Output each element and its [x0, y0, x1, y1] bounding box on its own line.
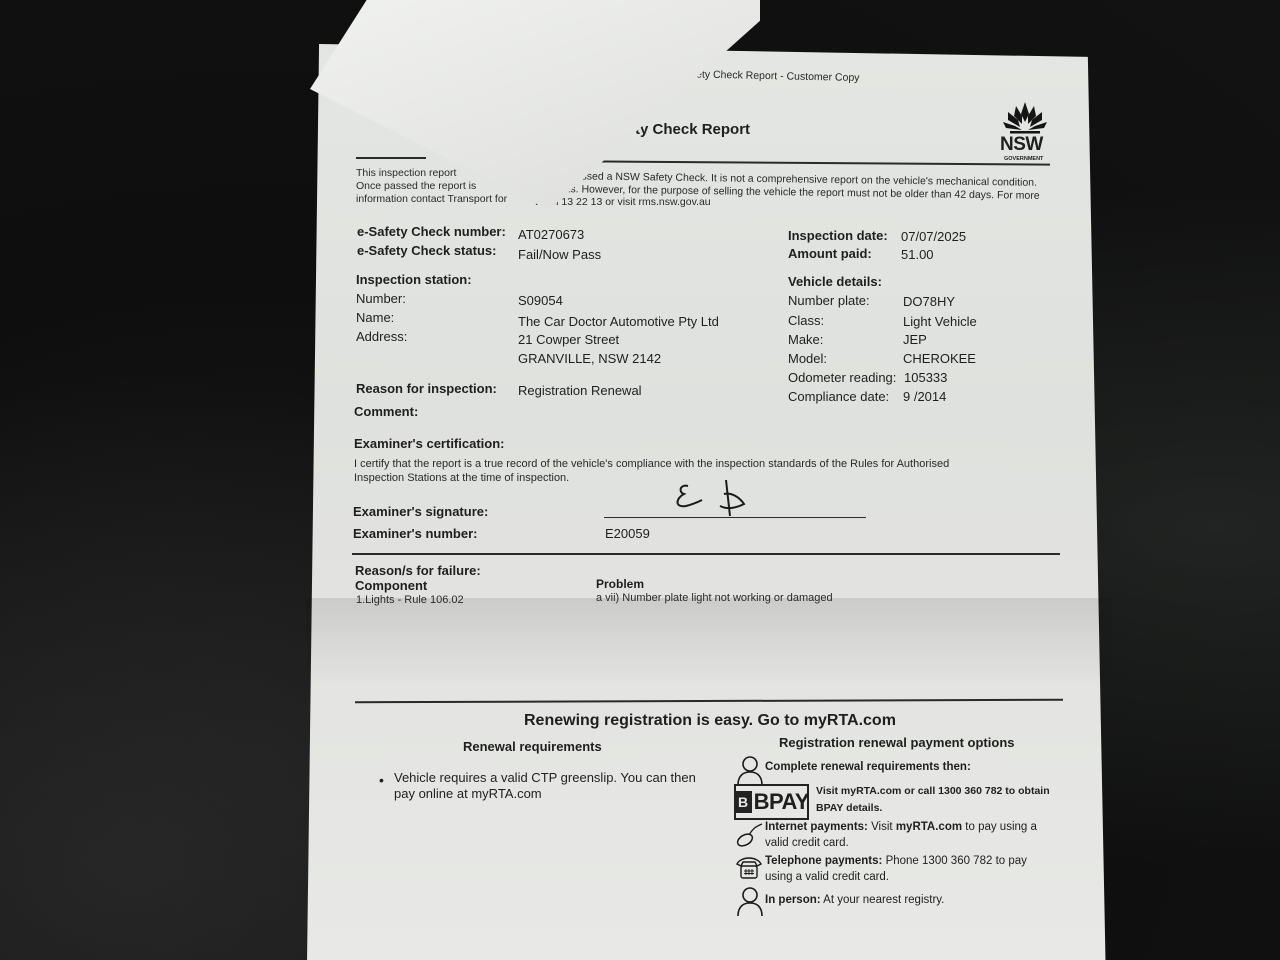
plate-value: DO78HY: [903, 294, 955, 309]
reason-value: Registration Renewal: [518, 383, 642, 398]
signature-line: [604, 517, 866, 518]
certification-text-2: Inspection Stations at the time of inspe…: [354, 472, 569, 484]
bpay-line2: BPAY details.: [816, 802, 882, 814]
internet-payment-line2: valid credit card.: [765, 837, 849, 849]
odometer-value: 105333: [904, 370, 947, 385]
station-address-line1: 21 Cowper Street: [518, 332, 619, 347]
check-number-value: AT0270673: [518, 227, 584, 242]
check-status-label: e-Safety Check status:: [357, 243, 496, 258]
renewal-banner: Renewing registration is easy. Go to myR…: [524, 712, 896, 730]
in-person-label: In person:: [765, 894, 821, 906]
plate-label: Number plate:: [788, 293, 870, 308]
in-person-icon: [736, 886, 764, 916]
certification-text-1: I certify that the report is a true reco…: [354, 458, 949, 470]
station-number-label: Number:: [356, 291, 406, 306]
header-rule-left: [356, 157, 426, 159]
requirement-line2: pay online at myRTA.com: [394, 786, 542, 801]
payment-heading: Registration renewal payment options: [779, 735, 1015, 750]
station-address-label: Address:: [356, 329, 407, 344]
internet-label: Internet payments:: [765, 821, 868, 833]
reason-label: Reason for inspection:: [356, 381, 497, 396]
internet-payment-line1: Internet payments: Visit myRTA.com to pa…: [765, 821, 1037, 833]
in-person-text: At your nearest registry.: [823, 894, 944, 906]
failure-component: 1.Lights - Rule 106.02: [356, 594, 464, 606]
bpay-logo-text: BPAY: [754, 789, 809, 815]
in-person-line: In person: At your nearest registry.: [765, 894, 944, 906]
telephone-icon: [735, 854, 763, 880]
compliance-value: 9 /2014: [903, 389, 946, 404]
internet-post: to pay using a: [965, 821, 1037, 833]
failures-rule: [352, 553, 1060, 555]
station-number-value: S09054: [518, 293, 563, 308]
bpay-b-icon: B: [734, 791, 752, 813]
station-address-line2: GRANVILLE, NSW 2142: [518, 351, 661, 366]
class-value: Light Vehicle: [903, 314, 977, 329]
paper-fold: [307, 598, 1112, 688]
telephone-payment-line2: using a valid credit card.: [765, 871, 889, 883]
nsw-logo-text: NSW: [1000, 134, 1043, 156]
mouse-icon: [735, 822, 763, 848]
station-name-label: Name:: [356, 310, 394, 325]
requirements-heading: Renewal requirements: [463, 739, 602, 754]
station-heading: Inspection station:: [356, 272, 472, 287]
amount-paid-value: 51.00: [901, 247, 934, 262]
station-name-value: The Car Doctor Automotive Pty Ltd: [518, 314, 719, 329]
check-number-label: e-Safety Check number:: [357, 224, 506, 239]
make-label: Make:: [788, 332, 823, 347]
problem-header: Problem: [596, 577, 644, 591]
bullet-icon: •: [379, 772, 384, 788]
bpay-line1: Visit myRTA.com or call 1300 360 782 to …: [816, 785, 1050, 797]
failures-heading: Reason/s for failure:: [355, 563, 481, 578]
model-value: CHEROKEE: [903, 351, 976, 366]
inspection-date-value: 07/07/2025: [901, 229, 966, 244]
amount-paid-label: Amount paid:: [788, 246, 872, 261]
failure-problem: a vii) Number plate light not working or…: [596, 592, 833, 604]
class-label: Class:: [788, 313, 824, 328]
requirement-line1: Vehicle requires a valid CTP greenslip. …: [394, 770, 696, 785]
waratah-icon: [1000, 100, 1050, 136]
odometer-label: Odometer reading:: [788, 370, 896, 385]
person-icon: [736, 755, 764, 785]
complete-requirements-text: Complete renewal requirements then:: [765, 761, 971, 773]
bpay-logo: BBPAY: [734, 784, 809, 820]
intro-line3a: information contact Transport for: [356, 193, 507, 205]
certification-heading: Examiner's certification:: [354, 436, 504, 451]
examiner-number-value: E20059: [605, 526, 650, 541]
intro-line1a: This inspection report: [356, 167, 456, 179]
telephone-text: Phone 1300 360 782 to pay: [886, 855, 1027, 867]
telephone-payment-line1: Telephone payments: Phone 1300 360 782 t…: [765, 855, 1027, 867]
myrta-link: myRTA.com: [896, 821, 962, 833]
comment-label: Comment:: [354, 404, 418, 419]
signature-label: Examiner's signature:: [353, 504, 488, 519]
compliance-label: Compliance date:: [788, 389, 889, 404]
internet-pre: Visit: [871, 821, 893, 833]
make-value: JEP: [903, 332, 927, 347]
check-status-value: Fail/Now Pass: [518, 247, 601, 262]
telephone-label: Telephone payments:: [765, 855, 882, 867]
model-label: Model:: [788, 351, 827, 366]
intro-line2a: Once passed the report is: [356, 180, 476, 192]
inspection-date-label: Inspection date:: [788, 228, 888, 243]
vehicle-heading: Vehicle details:: [788, 274, 882, 289]
component-header: Component: [355, 578, 427, 593]
examiner-number-label: Examiner's number:: [353, 526, 477, 541]
nsw-logo-subtitle: GOVERNMENT: [1004, 156, 1043, 162]
